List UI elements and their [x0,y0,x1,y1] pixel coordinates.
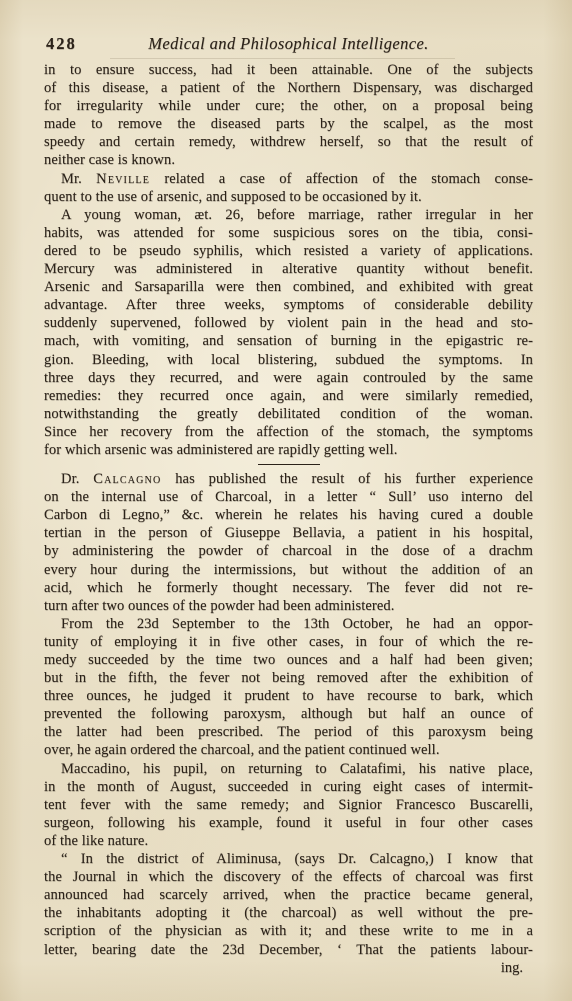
text-line: for which arsenic was administered are r… [44,441,533,459]
header-row: 428 Medical and Philosophical Intelligen… [44,34,533,56]
running-title: Medical and Philosophical Intelligence. [44,34,533,54]
text-line: A young woman, æt. 26, before marriage, … [44,206,533,224]
text-line: Mercury was administered in alterative q… [44,260,533,278]
text-line: of this disease, a patient of the Northe… [44,79,533,97]
text-line: quent to the use of arsenic, and suppose… [44,188,533,206]
text-line: letter, bearing date the 23d December, ‘… [44,941,533,959]
text-line: made to remove the diseased parts by the… [44,115,533,133]
text-line: dered to be pseudo syphilis, which resis… [44,242,533,260]
text-line: Since her recovery from the affection of… [44,423,533,441]
text-line: announced had scarcely arrived, when the… [44,886,533,904]
divider-rule [258,464,320,465]
text-line: “ In the district of Aliminusa, (says Dr… [44,850,533,868]
text-line: habits, was attended for some suspicious… [44,224,533,242]
text-line: the latter had been prescribed. The peri… [44,723,533,741]
paragraph: Maccadino, his pupil, on returning to Ca… [44,760,533,850]
paragraph: A young woman, æt. 26, before marriage, … [44,206,533,459]
catchword: ing. [501,960,523,976]
text-line: the Journal in which the discovery of th… [44,868,533,886]
text-line: three ounces, he judged it prudent to ha… [44,687,533,705]
paragraph: “ In the district of Aliminusa, (says Dr… [44,850,533,959]
catchword-row: ing. [44,959,523,977]
text-line: Dr. Calcagno has published the result of… [44,470,533,488]
small-caps-name: Neville [96,171,150,187]
text-line: advantage. After three weeks, symptoms o… [44,296,533,314]
text-line: Maccadino, his pupil, on returning to Ca… [44,760,533,778]
text-line: mach, with vomiting, and sensation of bu… [44,332,533,350]
text-line: tertian in the person of Giuseppe Bellav… [44,524,533,542]
text-line: of the like nature. [44,832,533,850]
text-line: tent fever with the same remedy; and Sig… [44,796,533,814]
text-line: Mr. Neville related a case of affection … [44,170,533,188]
text-line: neither case is known. [44,151,533,169]
text-line: by administering the powder of charcoal … [44,542,533,560]
text-line: prevented the following paroxysm, althou… [44,705,533,723]
small-caps-name: Calcagno [93,471,161,487]
text-line: gion. Bleeding, with local blistering, s… [44,351,533,369]
text-line: From the 23d September to the 13th Octob… [44,615,533,633]
paragraph: From the 23d September to the 13th Octob… [44,615,533,760]
paragraph: in to ensure success, had it been attain… [44,61,533,170]
text-line: in the month of August, succeeded in cur… [44,778,533,796]
text-line: in to ensure success, had it been attain… [44,61,533,79]
text-line: notwithstanding the greatly debilitated … [44,405,533,423]
text-line: but in the fifth, the fever not being re… [44,669,533,687]
body-text: in to ensure success, had it been attain… [44,61,533,959]
text-line: speedy and certain remedy, withdrew hers… [44,133,533,151]
text-line: tunity of employing it in five other cas… [44,633,533,651]
text-line: suddenly supervened, followed by violent… [44,314,533,332]
paragraph: Dr. Calcagno has published the result of… [44,470,533,615]
text-line: on the internal use of Charcoal, in a le… [44,488,533,506]
text-line: acid, which he formerly thought necessar… [44,579,533,597]
text-line: surgeon, following his example, found it… [44,814,533,832]
text-line: medy succeeded by the time two ounces an… [44,651,533,669]
text-line: turn after two ounces of the powder had … [44,597,533,615]
page-header: 428 Medical and Philosophical Intelligen… [0,0,572,56]
text-line: every hour during the intermissions, but… [44,561,533,579]
book-page: 428 Medical and Philosophical Intelligen… [0,0,572,1001]
text-line: remedies: they recurred once again, and … [44,387,533,405]
paragraph: Mr. Neville related a case of affection … [44,170,533,206]
text-line: Carbon di Legno,” &c. wherein he relates… [44,506,533,524]
text-line: three days they recurred, and were again… [44,369,533,387]
text-line: over, he again ordered the charcoal, and… [44,741,533,759]
text-line: Arsenic and Sarsaparilla were then combi… [44,278,533,296]
page-number: 428 [46,34,77,54]
section-divider [44,459,533,470]
text-line: scription of the physician as with it; a… [44,922,533,940]
text-line: for irregularity while under cure; the o… [44,97,533,115]
text-line: the inhabitants adopting it (the charcoa… [44,904,533,922]
